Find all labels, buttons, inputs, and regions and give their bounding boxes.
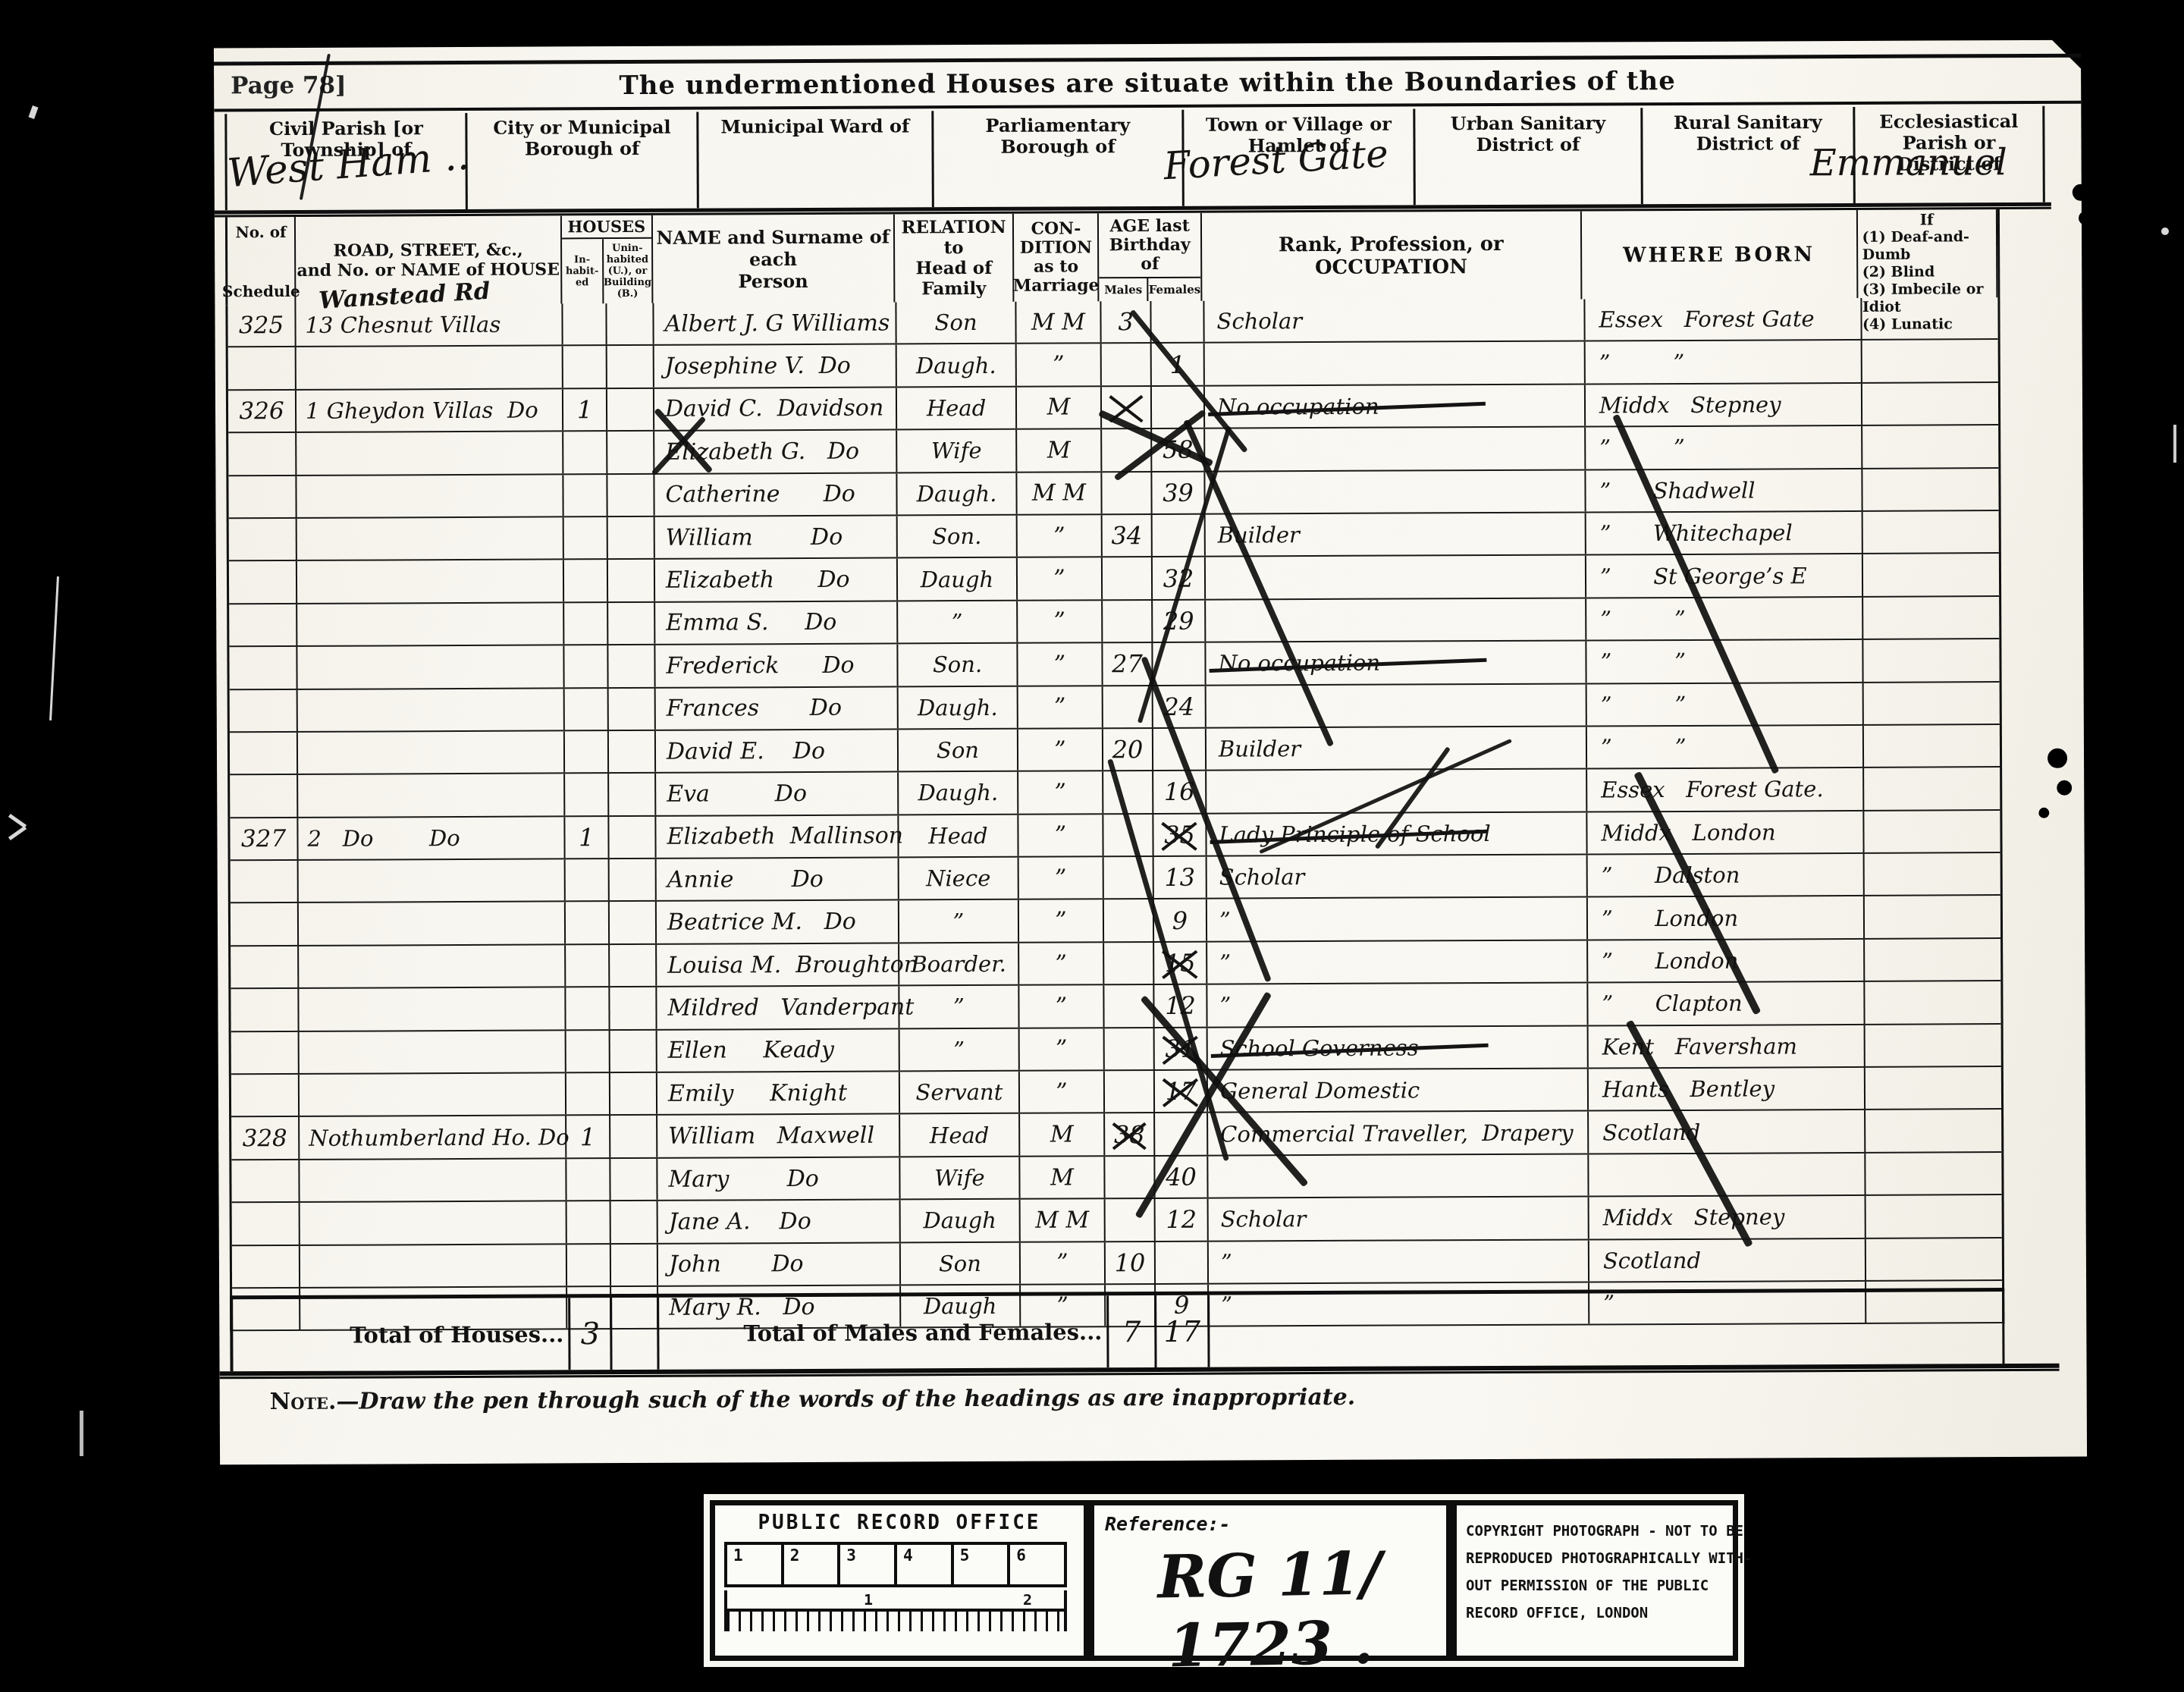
label: Unin- <box>612 243 643 254</box>
boundary-field: Urban Sanitary District of <box>1415 108 1643 205</box>
cell-schedule <box>231 861 299 903</box>
cell-occupation <box>1205 470 1586 513</box>
cell-where-born: ” ” <box>1587 683 1864 725</box>
copyright-line: OUT PERMISSION OF THE PUBLIC <box>1466 1572 1725 1599</box>
cell-age-female: 12 <box>1156 1199 1209 1241</box>
cell-age-female: 40 <box>1155 1156 1208 1198</box>
cell-uninhabited <box>610 902 657 943</box>
cell-relation: Daugh. <box>899 772 1018 814</box>
table-row: Frederick DoSon.”27No occupation” ” <box>229 639 1999 690</box>
cell-road <box>299 903 566 945</box>
totals-row: Total of Houses... 3 Total of Males and … <box>230 1288 2004 1371</box>
reference-value: RG 11/ 1723 . <box>1093 1538 1447 1682</box>
cell-disabilities <box>1865 896 2003 938</box>
cell-where-born: ” Clapton <box>1588 982 1865 1025</box>
cell-age-female: 29 <box>1153 600 1206 642</box>
cell-uninhabited <box>610 987 657 1029</box>
cell-occupation: School Governess <box>1208 1026 1589 1069</box>
col-header-females: Females <box>1149 278 1201 301</box>
cell-occupation <box>1206 598 1586 642</box>
cell-schedule <box>230 689 298 731</box>
label: (B.) <box>617 288 639 300</box>
cell-disabilities <box>1866 1238 2004 1280</box>
cell-age-female: 17 <box>1155 1071 1208 1113</box>
cell-occupation <box>1207 684 1587 727</box>
col-header-where-born: WHERE BORN <box>1581 210 1857 300</box>
cell-occupation <box>1208 1154 1589 1198</box>
label: AGE last <box>1099 216 1200 236</box>
label: —Draw the pen through such of the words … <box>336 1384 1355 1415</box>
cell-name: Frances Do <box>656 687 899 730</box>
cell-occupation: ” <box>1207 940 1588 984</box>
cell-road <box>299 859 566 902</box>
ruler-cell: 6 <box>1010 1545 1064 1584</box>
cell-occupation: Scholar <box>1209 1198 1589 1241</box>
label: Birthday <box>1099 235 1200 255</box>
cell-where-born: Hants Bentley <box>1589 1068 1865 1110</box>
table-row: Beatrice M. Do””9”” London <box>231 896 2000 947</box>
cell-schedule: 327 <box>230 818 298 860</box>
ruler-label: 2 <box>1023 1590 1032 1609</box>
cell-relation: Daugh <box>898 558 1018 600</box>
table-row: 3261 Gheydon Villas Do1David C. Davidson… <box>228 383 1998 434</box>
cell-road <box>300 1202 567 1245</box>
cell-inhabited <box>566 859 610 901</box>
film-mark <box>8 826 27 840</box>
cell-condition: ” <box>1018 643 1103 685</box>
cell-name: Ellen Keady <box>657 1029 900 1072</box>
table-row: Emily KnightServant”17General DomesticHa… <box>231 1067 2001 1118</box>
cell-age-male <box>1105 1071 1155 1113</box>
cell-condition: M <box>1020 1114 1105 1156</box>
cell-uninhabited <box>608 645 655 687</box>
col-header-uninhabited: Unin- habited (U.), or Building (B.) <box>604 239 651 303</box>
table-row: Mildred Vanderpant””12”” Clapton <box>231 981 2000 1032</box>
cell-age-female <box>1151 301 1204 343</box>
cell-schedule <box>229 604 297 646</box>
cell-age-female <box>1153 643 1206 685</box>
cell-where-born: Middx London <box>1587 811 1864 854</box>
label: DITION <box>1020 238 1092 257</box>
reference-label: Reference:- <box>1105 1513 1446 1535</box>
cell-road: 13 Chesnut Villas <box>296 303 563 346</box>
cell-name: Eva Do <box>656 773 899 815</box>
ruler-number: 1 <box>733 1546 743 1565</box>
cell-age-male <box>1106 1199 1156 1241</box>
cell-condition: ” <box>1018 729 1103 771</box>
label: Females <box>1149 284 1201 295</box>
boundary-field: Civil Parish [or Township] ofWest Ham .. <box>224 113 468 210</box>
cell-inhabited <box>564 603 608 645</box>
cell-relation: Son. <box>898 516 1018 557</box>
col-header-age: AGE last Birthday of Males Females <box>1099 213 1202 302</box>
cell-name: Jane A. Do <box>658 1201 901 1243</box>
cell-occupation <box>1207 770 1587 813</box>
cell-age-male <box>1103 601 1153 642</box>
cell-condition: ” <box>1018 558 1103 600</box>
cell-road <box>299 945 566 987</box>
cell-relation: ” <box>898 601 1018 642</box>
cell-relation: Boarder. <box>899 943 1019 985</box>
label: NAME and Surname of each <box>653 225 893 270</box>
page-number: Page 78] <box>231 72 347 100</box>
cell-condition: ” <box>1019 943 1104 984</box>
cell-age-male <box>1103 815 1153 856</box>
label: (1) Deaf-and-Dumb <box>1862 228 1991 264</box>
cell-relation: Daugh <box>901 1200 1021 1242</box>
boundary-field-label: City or Municipal Borough of <box>467 117 696 160</box>
cell-relation: Son <box>899 730 1018 771</box>
table-row: Mary DoWifeM40 <box>231 1153 2001 1204</box>
ruler-label: 1 <box>864 1590 873 1609</box>
cell-age-male <box>1104 985 1154 1027</box>
cell-condition: ” <box>1021 1242 1106 1284</box>
table-row: Catherine DoDaugh.M M39” Shadwell <box>228 469 1998 520</box>
cell-occupation: Commercial Traveller, Drapery <box>1208 1112 1589 1155</box>
footnote: Note.—Draw the pen through such of the w… <box>270 1384 1356 1415</box>
cell-name: Elizabeth Do <box>655 559 898 601</box>
label: In- <box>574 254 590 265</box>
cell-condition: ” <box>1020 1028 1105 1070</box>
cell-condition: ” <box>1020 1071 1105 1113</box>
cell-road <box>297 517 564 560</box>
cell-uninhabited <box>609 731 656 773</box>
copyright-line: REPRODUCED PHOTOGRAPHICALLY WITH- <box>1466 1545 1725 1572</box>
pro-office-title: PUBLIC RECORD OFFICE <box>715 1511 1084 1534</box>
table-row: 32513 Chesnut VillasAlbert J. G Williams… <box>227 297 1997 348</box>
cell-age-female: 58 <box>1152 429 1205 471</box>
cell-where-born: ” London <box>1588 896 1865 939</box>
cell-where-born: ” ” <box>1586 598 1863 640</box>
cell-schedule <box>231 1032 300 1074</box>
cell-age-male <box>1103 771 1153 813</box>
cell-name: Mary Do <box>657 1157 900 1200</box>
cell-relation: Daugh. <box>897 472 1017 514</box>
cell-disabilities <box>1865 1025 2004 1066</box>
ruler-number: 5 <box>960 1546 970 1565</box>
cell-uninhabited <box>610 1030 657 1072</box>
cell-inhabited <box>566 1031 610 1072</box>
label: Note. <box>270 1389 337 1415</box>
cell-where-born: ” Whitechapel <box>1586 512 1863 554</box>
boundary-field-label: Urban Sanitary District of <box>1415 112 1640 155</box>
cell-disabilities <box>1863 511 2001 553</box>
houses-subheaders: In- habit- ed Unin- habited (U.), or Bui… <box>562 239 651 304</box>
ruler-fine-scale: 1 2 <box>724 1590 1067 1631</box>
cell-disabilities <box>1862 297 2000 339</box>
col-header-road: ROAD, STREET, &c., and No. or NAME of HO… <box>296 215 563 305</box>
cell-age-male <box>1104 899 1154 941</box>
boundary-field-value <box>698 143 931 143</box>
label: Head of Family <box>895 258 1013 300</box>
cell-disabilities <box>1865 939 2003 981</box>
film-mark <box>8 814 27 828</box>
col-header-schedule: No. of Schedule <box>227 217 297 305</box>
cell-condition: M M <box>1016 301 1101 343</box>
cell-age-female: 16 <box>1153 771 1207 813</box>
cell-relation: Head <box>899 815 1018 856</box>
cell-where-born: Scotland <box>1589 1238 1866 1281</box>
cell-where-born: ” ” <box>1587 726 1864 768</box>
ruler-number: 2 <box>790 1546 800 1565</box>
cell-disabilities <box>1862 340 2000 381</box>
cell-disabilities <box>1864 683 2002 724</box>
cell-age-female: 13 <box>1154 857 1207 899</box>
table-row: 328Nothumberland Ho. Do1William MaxwellH… <box>231 1110 2001 1161</box>
cell-road <box>297 475 563 517</box>
cell-occupation: ” <box>1207 898 1588 941</box>
cell-age-female: 1 <box>1152 344 1205 385</box>
film-scratch <box>49 576 59 720</box>
cell-uninhabited <box>609 774 656 815</box>
ruler-cell: 3 <box>840 1545 897 1584</box>
boundary-field-label: Municipal Ward of <box>698 115 931 137</box>
cell-schedule <box>231 1160 300 1202</box>
cell-name: David C. Davidson <box>654 388 897 430</box>
cell-condition: M <box>1020 1157 1105 1198</box>
cell-inhabited <box>563 475 607 516</box>
cell-age-female <box>1155 1113 1208 1155</box>
cell-name: Beatrice M. Do <box>657 901 899 943</box>
census-scan: Page 78] The undermentioned Houses are s… <box>0 0 2184 1692</box>
boundary-field: Ecclesiastical Parish or District ofEmma… <box>1855 106 2045 203</box>
boundary-field: Municipal Ward of <box>698 111 934 208</box>
cell-occupation: ” <box>1209 1240 1589 1283</box>
cell-where-born: ” ” <box>1586 426 1862 469</box>
age-label: AGE last Birthday of <box>1099 213 1200 278</box>
total-females-value: 17 <box>1156 1295 1210 1367</box>
cell-relation: Wife <box>900 1157 1020 1199</box>
cell-uninhabited <box>610 1073 657 1115</box>
cell-uninhabited <box>610 859 657 901</box>
punch-hole <box>2057 780 2072 796</box>
film-scratch <box>2173 425 2176 463</box>
cell-road <box>298 689 565 731</box>
cell-road: 2 Do Do <box>298 817 565 859</box>
cell-age-male: 38 <box>1105 1113 1155 1155</box>
punch-hole <box>2073 184 2089 201</box>
cell-name: Josephine V. Do <box>654 345 897 388</box>
table-row: 3272 Do Do1Elizabeth MallinsonHead”35Lad… <box>230 811 2000 862</box>
cell-age-male <box>1102 344 1152 385</box>
label: HOUSES <box>562 215 651 240</box>
cell-inhabited <box>567 1201 611 1243</box>
cell-inhabited <box>566 945 610 987</box>
cell-inhabited <box>563 347 607 388</box>
boundary-field: Parliamentary Borough of <box>934 110 1185 207</box>
cell-where-born: Essex Forest Gate. <box>1587 768 1864 811</box>
label: as to <box>1034 257 1078 276</box>
cell-name: Albert J. G Williams <box>654 302 896 344</box>
cell-uninhabited <box>607 432 654 473</box>
ruler-cell: 1 <box>727 1545 784 1584</box>
cell-age-male <box>1102 387 1152 428</box>
reference-box: Reference:- RG 11/ 1723 . <box>1089 1500 1451 1661</box>
cell-age-male <box>1103 686 1153 727</box>
cell-schedule <box>228 347 297 389</box>
cell-road <box>297 645 564 688</box>
cell-disabilities <box>1865 1067 2004 1109</box>
cell-relation: Wife <box>897 430 1017 472</box>
cell-uninhabited <box>610 1159 657 1201</box>
cell-where-born: ” Shadwell <box>1586 469 1862 511</box>
cell-schedule <box>228 476 297 517</box>
cell-condition: ” <box>1019 986 1104 1028</box>
label: habited <box>607 254 648 265</box>
table-row: Josephine V. DoDaugh.”1” ” <box>228 341 1998 391</box>
cell-age-female: 9 <box>1154 899 1207 941</box>
boundary-field-value: Emmanuel <box>1809 141 1997 184</box>
cell-condition: ” <box>1018 601 1103 642</box>
pro-stamp-card: PUBLIC RECORD OFFICE 123456 1 2 Referenc… <box>704 1494 1744 1667</box>
table-row: Louisa M. BroughtonBoarder.”15”” London <box>231 939 2000 990</box>
cell-disabilities <box>1863 639 2001 681</box>
punch-hole <box>2079 212 2092 225</box>
label: (2) Blind <box>1862 263 1935 281</box>
label: Schedule <box>222 282 300 300</box>
table-row: Annie DoNiece”13Scholar” Dalston <box>231 853 2000 904</box>
cell-disabilities <box>1863 554 2001 595</box>
col-header-houses: HOUSES In- habit- ed Unin- habited (U.),… <box>562 215 653 304</box>
label: CON- <box>1031 219 1081 238</box>
cell-schedule <box>231 946 299 988</box>
label: habit- <box>566 265 598 277</box>
total-houses-label: Total of Houses... <box>233 1298 568 1371</box>
pro-office-box: PUBLIC RECORD OFFICE 123456 1 2 <box>710 1500 1089 1661</box>
cell-age-male <box>1103 557 1153 599</box>
cell-age-male: 3 <box>1101 301 1151 343</box>
cell-condition: ” <box>1018 815 1103 856</box>
cell-inhabited: 1 <box>565 817 609 859</box>
cell-occupation: Lady Principle of School <box>1207 812 1587 855</box>
label: WHERE BORN <box>1623 243 1815 267</box>
ruler-scale: 123456 <box>724 1542 1067 1587</box>
col-header-condition: CON- DITION as to Marriage <box>1014 213 1100 301</box>
col-header-disabilities: If (1) Deaf-and-Dumb (2) Blind (3) Imbec… <box>1857 209 1997 298</box>
label: If <box>1920 211 1934 228</box>
cell-condition: ” <box>1018 515 1103 557</box>
cell-age-male <box>1104 857 1154 899</box>
cell-age-female <box>1152 386 1205 428</box>
cell-occupation: Builder <box>1206 513 1586 556</box>
cell-road <box>297 560 564 603</box>
table-row: David E. DoSon”20Builder” ” <box>230 725 2000 776</box>
cell-name: John Do <box>658 1243 901 1285</box>
label: Marriage <box>1013 276 1100 295</box>
table-header: No. of Schedule ROAD, STREET, &c., and N… <box>225 209 2000 305</box>
cell-name: Catherine Do <box>654 473 897 516</box>
cell-where-born: ” ” <box>1586 341 1862 383</box>
ruler-ticks <box>727 1609 1064 1631</box>
cell-disabilities <box>1862 469 2000 510</box>
cell-occupation <box>1206 556 1586 599</box>
cell-age-female: 35 <box>1153 814 1207 855</box>
cell-road <box>300 1245 567 1287</box>
cell-condition: ” <box>1018 772 1103 814</box>
cell-schedule <box>229 647 297 689</box>
copyright-box: COPYRIGHT PHOTOGRAPH - NOT TO BE REPRODU… <box>1451 1500 1738 1661</box>
boundary-field: Town or Village or Hamlet ofForest Gate <box>1184 108 1416 206</box>
cell-road <box>300 1031 566 1073</box>
cell-disabilities <box>1866 1195 2004 1237</box>
cell-schedule <box>231 989 299 1031</box>
cell-where-born: Essex Forest Gate <box>1585 298 1862 341</box>
table-row: Jane A. DoDaughM M12ScholarMiddx Stepney <box>232 1195 2002 1246</box>
col-header-occupation: Rank, Profession, or OCCUPATION <box>1202 212 1582 301</box>
cell-inhabited <box>564 645 608 687</box>
col-header-name: NAME and Surname of each Person <box>653 214 896 303</box>
cell-name: Annie Do <box>657 859 899 901</box>
cell-uninhabited <box>609 817 656 859</box>
page-title: The undermentioned Houses are situate wi… <box>441 65 1853 102</box>
copyright-line: COPYRIGHT PHOTOGRAPH - NOT TO BE <box>1466 1518 1725 1545</box>
col-header-inhabited: In- habit- ed <box>562 239 604 303</box>
cell-disabilities <box>1864 811 2002 852</box>
label: to <box>944 237 964 258</box>
cell-relation: Son. <box>898 644 1018 686</box>
ruler-cell: 5 <box>954 1545 1011 1584</box>
cell-relation: Daugh. <box>899 686 1018 728</box>
cell-inhabited <box>566 903 610 944</box>
cell-disabilities <box>1865 853 2003 895</box>
cell-relation: Head <box>900 1114 1020 1156</box>
cell-inhabited <box>566 1073 610 1115</box>
cell-occupation: Scholar <box>1207 855 1588 899</box>
film-speck <box>2161 228 2169 235</box>
copyright-text: COPYRIGHT PHOTOGRAPH - NOT TO BE REPRODU… <box>1457 1505 1733 1627</box>
cell-schedule <box>228 433 297 475</box>
spacer <box>612 1298 659 1370</box>
ruler-cell: 4 <box>897 1545 954 1584</box>
cell-age-male: 20 <box>1103 729 1153 771</box>
cell-condition: ” <box>1019 857 1104 899</box>
cell-uninhabited <box>607 474 654 516</box>
cell-relation: Niece <box>899 858 1019 899</box>
cell-uninhabited <box>610 1116 657 1157</box>
cell-uninhabited <box>608 517 655 559</box>
cell-occupation: Builder <box>1207 727 1587 770</box>
cell-condition: ” <box>1019 900 1104 942</box>
cell-road <box>298 774 565 817</box>
table-row: John DoSon”10”Scotland <box>232 1238 2002 1289</box>
cell-age-female: 15 <box>1154 943 1207 984</box>
cell-inhabited <box>563 303 607 345</box>
cell-disabilities <box>1862 383 2000 425</box>
cell-inhabited <box>564 517 608 559</box>
cell-road: 1 Gheydon Villas Do <box>297 389 563 432</box>
cell-relation: ” <box>899 986 1019 1028</box>
cell-disabilities <box>1862 425 2000 467</box>
ruler-cell: 2 <box>784 1545 841 1584</box>
rows: 32513 Chesnut VillasAlbert J. G Williams… <box>225 297 2004 1332</box>
cell-schedule <box>230 733 298 774</box>
label: Building <box>604 277 651 288</box>
label: RELATION <box>901 217 1006 238</box>
cell-schedule <box>229 561 297 603</box>
label: and No. or NAME of HOUSE <box>297 259 560 281</box>
cell-age-female: 39 <box>1152 472 1205 513</box>
cell-uninhabited <box>607 389 654 431</box>
ruler-number: 4 <box>903 1546 913 1565</box>
cell-schedule <box>229 519 297 560</box>
cell-disabilities <box>1864 725 2002 767</box>
cell-occupation: ” <box>1207 984 1588 1027</box>
cell-name: William Do <box>655 516 898 558</box>
cell-schedule: 326 <box>228 391 297 432</box>
cell-name: Frederick Do <box>655 645 898 687</box>
cell-schedule <box>232 1245 300 1287</box>
cell-where-born: ” Dalston <box>1588 854 1865 896</box>
